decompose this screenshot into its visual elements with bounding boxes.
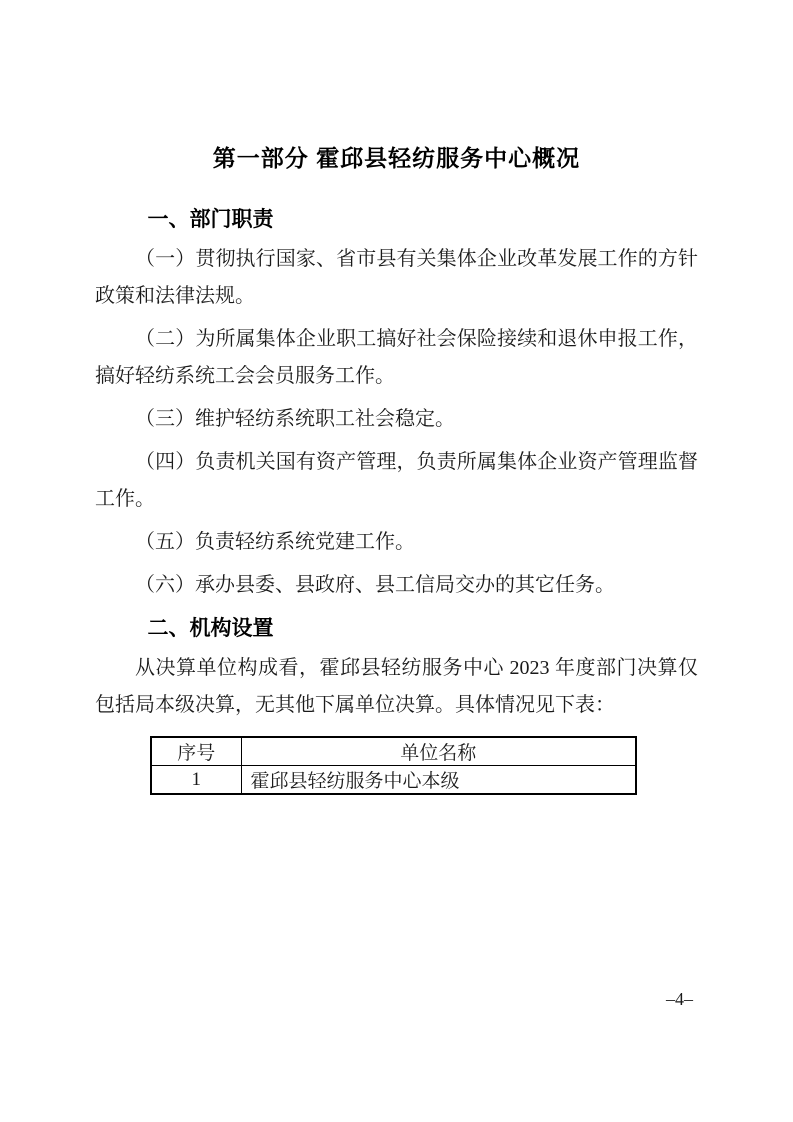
section-heading-organization: 二、机构设置 — [95, 614, 698, 644]
document-content: 第一部分 霍邱县轻纺服务中心概况 一、部门职责 （一）贯彻执行国家、省市县有关集… — [95, 0, 698, 795]
duty-paragraph-4: （四）负责机关国有资产管理，负责所属集体企业资产管理监督工作。 — [95, 444, 698, 518]
document-page: 第一部分 霍邱县轻纺服务中心概况 一、部门职责 （一）贯彻执行国家、省市县有关集… — [0, 0, 793, 1122]
table-cell-seq: 1 — [151, 766, 241, 795]
unit-table: 序号 单位名称 1 霍邱县轻纺服务中心本级 — [150, 736, 637, 795]
page-number: –4– — [666, 989, 693, 1010]
organization-paragraph: 从决算单位构成看，霍邱县轻纺服务中心 2023 年度部门决算仅包括局本级决算，无… — [95, 650, 698, 724]
table-header-unit-name: 单位名称 — [241, 737, 636, 766]
page-title: 第一部分 霍邱县轻纺服务中心概况 — [95, 141, 698, 175]
duty-paragraph-2: （二）为所属集体企业职工搞好社会保险接续和退休申报工作，搞好轻纺系统工会会员服务… — [95, 321, 698, 395]
section-heading-duties: 一、部门职责 — [95, 205, 698, 235]
table-cell-unit-name: 霍邱县轻纺服务中心本级 — [241, 766, 636, 795]
duty-paragraph-1: （一）贯彻执行国家、省市县有关集体企业改革发展工作的方针政策和法律法规。 — [95, 241, 698, 315]
duty-paragraph-3: （三）维护轻纺系统职工社会稳定。 — [95, 401, 698, 438]
table-row: 1 霍邱县轻纺服务中心本级 — [151, 766, 636, 795]
duty-paragraph-6: （六）承办县委、县政府、县工信局交办的其它任务。 — [95, 567, 698, 604]
table-header-row: 序号 单位名称 — [151, 737, 636, 766]
table-header-seq: 序号 — [151, 737, 241, 766]
duty-paragraph-5: （五）负责轻纺系统党建工作。 — [95, 524, 698, 561]
